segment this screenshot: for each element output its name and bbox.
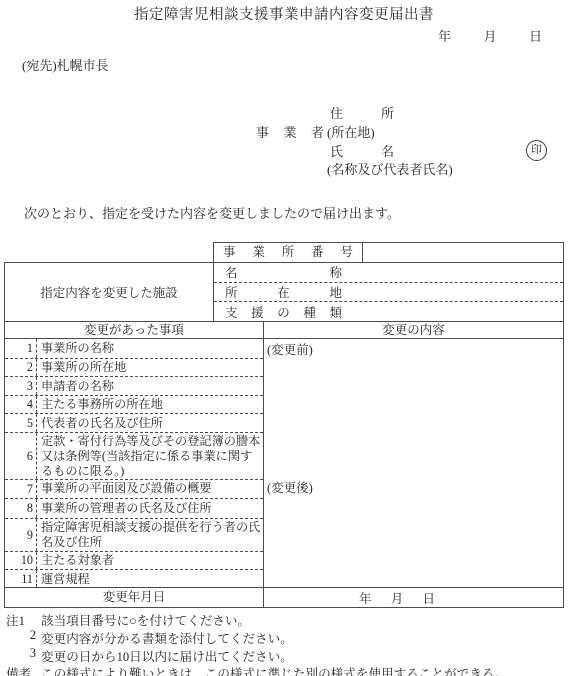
table-row: 5 代表者の氏名及び住所: [5, 413, 263, 432]
facility-fields: 名称 所在地 支援の種類: [214, 263, 563, 321]
table-row: 4 主たる事務所の所在地: [5, 395, 263, 414]
year-label: 年: [438, 26, 451, 45]
change-date-label: 変更年月日: [5, 588, 264, 607]
table-header-row: 変更があった事項 変更の内容: [4, 321, 564, 339]
day-label: 日: [529, 26, 542, 45]
footnote-remarks: 備考 この様式により難いときは、この様式に準じた別の様式を使用することができる。: [6, 663, 507, 676]
month-label: 月: [483, 26, 496, 45]
facility-address-label: 所在地: [225, 283, 342, 301]
operator-address-label: 住所: [330, 103, 394, 122]
item-number: 10: [5, 553, 36, 567]
table-row: 9 指定障害児相談支援の提供を行う者の氏名及び住所: [5, 518, 263, 551]
footnote-2: 2 変更内容が分かる書類を添付してください。: [6, 628, 293, 647]
day-label: 日: [422, 589, 435, 607]
submission-date-line: 年 月 日: [438, 26, 542, 45]
item-number: 5: [5, 416, 36, 430]
facility-section: 指定内容を変更した施設 名称 所在地 支援の種類: [4, 262, 564, 322]
item-number: 11: [5, 572, 36, 586]
facility-name-value[interactable]: [342, 263, 563, 282]
footnote-1: 注1 該当項目番号に○を付けてください。: [6, 610, 250, 629]
operator-address-sublabel: (所在地): [327, 122, 375, 141]
before-change-label: (変更前): [267, 340, 313, 358]
item-label: 主たる対象者: [36, 552, 263, 570]
table-row: 3 申請者の名称: [5, 376, 263, 395]
table-row: 7 事業所の平面図及び設備の概要: [5, 479, 263, 499]
table-row: 11 運営規程: [5, 569, 263, 587]
footnote-label: 注1: [6, 610, 41, 629]
item-number: 4: [5, 397, 36, 411]
changed-item-column-header: 変更があった事項: [5, 322, 264, 338]
item-number: 2: [5, 360, 36, 374]
item-label: 事業所の管理者の氏名及び住所: [36, 499, 263, 518]
support-type-row: 支援の種類: [214, 301, 563, 321]
footnote-text: 該当項目番号に○を付けてください。: [41, 610, 250, 629]
table-row: 10 主たる対象者: [5, 551, 263, 570]
item-label: 主たる事務所の所在地: [36, 396, 263, 414]
item-label: 指定障害児相談支援の提供を行う者の氏名及び住所: [36, 519, 263, 551]
item-label: 申請者の名称: [36, 377, 263, 395]
operator-name-sublabel: (名称及び代表者氏名): [327, 159, 453, 178]
change-content-cell[interactable]: (変更前) (変更後): [264, 339, 563, 587]
office-number-row: 事業所番号: [213, 242, 564, 263]
operator-role-label: 事業者: [256, 122, 324, 141]
item-number: 9: [5, 528, 36, 542]
office-number-label: 事業所番号: [214, 243, 363, 262]
footnote-text: 変更内容が分かる書類を添付してください。: [41, 628, 293, 647]
footnote-label: 2: [6, 628, 41, 647]
operator-name-label: 氏名: [330, 141, 394, 160]
facility-section-label: 指定内容を変更した施設: [5, 263, 214, 321]
changed-items-list: 1 事業所の名称 2 事業所の所在地 3 申請者の名称 4 主たる事務所の所在地…: [5, 339, 264, 587]
after-change-label: (変更後): [267, 478, 313, 496]
facility-address-value[interactable]: [342, 283, 563, 302]
item-label: 事業所の名称: [36, 339, 263, 358]
item-label: 事業所の所在地: [36, 359, 263, 377]
item-number: 1: [5, 341, 36, 355]
month-label: 月: [391, 589, 404, 607]
footnote-label: 備考: [6, 663, 41, 676]
item-number: 8: [5, 501, 36, 515]
year-label: 年: [359, 589, 372, 607]
table-row: 1 事業所の名称: [5, 339, 263, 358]
item-number: 6: [5, 449, 36, 463]
intro-statement: 次のとおり、指定を受けた内容を変更しましたので届け出ます。: [24, 203, 400, 222]
table-row: 2 事業所の所在地: [5, 358, 263, 377]
facility-name-row: 名称: [214, 263, 563, 282]
item-label: 運営規程: [36, 570, 263, 587]
change-date-placeholders: 年 月 日: [359, 589, 435, 607]
change-date-value[interactable]: 年 月 日: [264, 588, 563, 607]
item-number: 7: [5, 482, 36, 496]
form-title: 指定障害児相談支援事業申請内容変更届出書: [0, 3, 568, 24]
item-number: 3: [5, 379, 36, 393]
item-label: 定款・寄付行為等及びその登記簿の謄本又は条例等(当該指定に係る事業に関するものに…: [36, 433, 263, 479]
facility-name-label: 名称: [225, 263, 342, 281]
footnote-text: この様式により難いときは、この様式に準じた別の様式を使用することができる。: [41, 663, 507, 676]
support-type-value[interactable]: [342, 302, 563, 321]
changed-items-section: 1 事業所の名称 2 事業所の所在地 3 申請者の名称 4 主たる事務所の所在地…: [4, 338, 564, 588]
item-label: 代表者の氏名及び住所: [36, 414, 263, 432]
change-content-column-header: 変更の内容: [264, 322, 563, 338]
addressee: (宛先)札幌市長: [22, 55, 109, 74]
seal-stamp-icon: 印: [526, 140, 547, 161]
facility-address-row: 所在地: [214, 282, 563, 302]
form-page: 指定障害児相談支援事業申請内容変更届出書 年 月 日 (宛先)札幌市長 住所 事…: [0, 0, 568, 676]
table-row: 8 事業所の管理者の氏名及び住所: [5, 498, 263, 518]
change-date-row: 変更年月日 年 月 日: [4, 587, 564, 608]
item-label: 事業所の平面図及び設備の概要: [36, 480, 263, 499]
support-type-label: 支援の種類: [225, 303, 342, 321]
table-row: 6 定款・寄付行為等及びその登記簿の謄本又は条例等(当該指定に係る事業に関するも…: [5, 432, 263, 479]
office-number-value[interactable]: [363, 243, 563, 262]
